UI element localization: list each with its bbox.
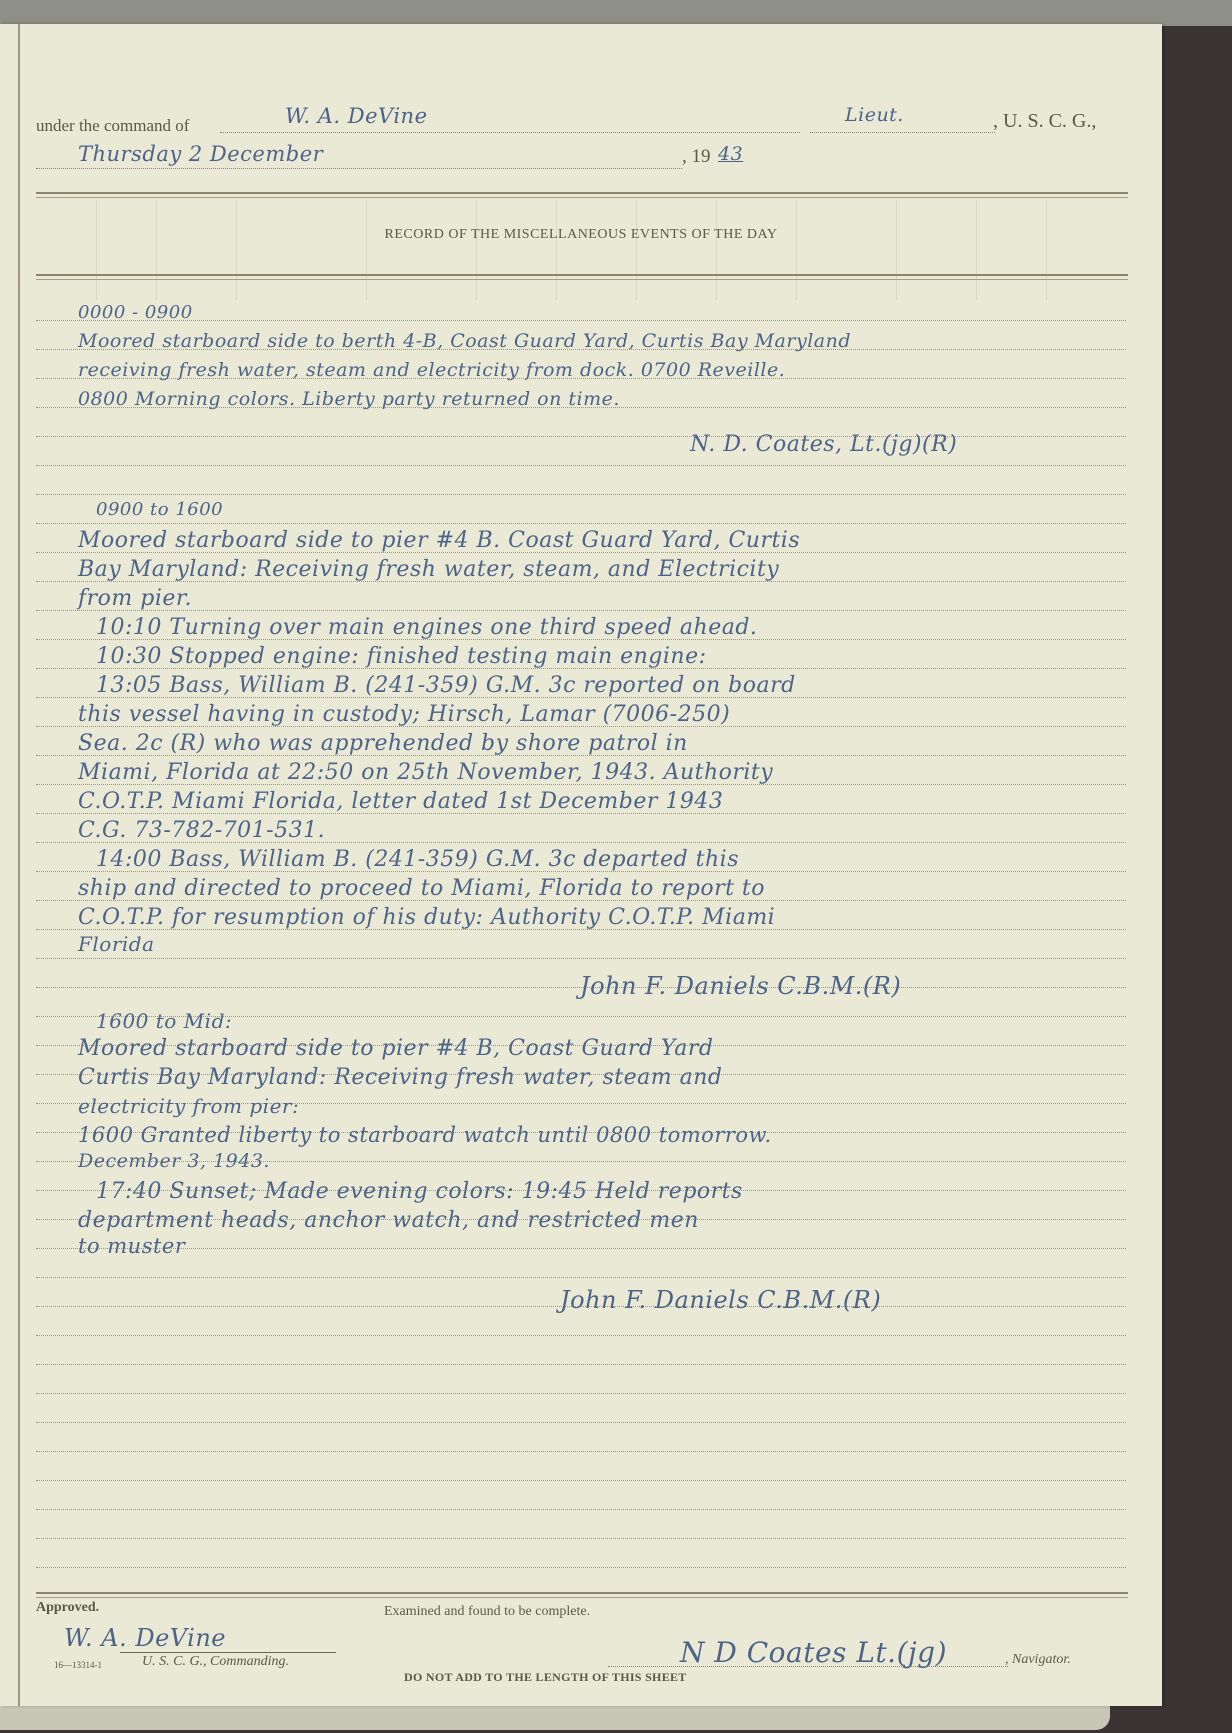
year-prefix: , 19	[682, 146, 711, 168]
log-line: this vessel having in custody; Hirsch, L…	[78, 702, 730, 727]
log-line: Miami, Florida at 22:50 on 25th November…	[78, 760, 773, 785]
log-line: Florida	[78, 932, 155, 956]
log-line: 0800 Morning colors. Liberty party retur…	[78, 388, 620, 410]
approved-signature: W. A. DeVine	[64, 1624, 226, 1652]
log-line: December 3, 1943.	[78, 1150, 270, 1172]
log-line: C.G. 73-782-701-531.	[78, 818, 325, 843]
watch-heading: 0900 to 1600	[96, 499, 223, 520]
log-line: 14:00 Bass, William B. (241-359) G.M. 3c…	[96, 847, 739, 872]
commander-rank-rule	[810, 132, 995, 133]
log-line: C.O.T.P. Miami Florida, letter dated 1st…	[78, 789, 723, 814]
officer-signature: N. D. Coates, Lt.(jg)(R)	[690, 432, 957, 457]
header-rule-bottom	[36, 274, 1128, 280]
log-line: from pier.	[78, 586, 192, 611]
log-line: receiving fresh water, steam and electri…	[78, 359, 785, 381]
log-line: Sea. 2c (R) who was apprehended by shore…	[78, 731, 688, 756]
log-line: 17:40 Sunset; Made evening colors: 19:45…	[96, 1179, 743, 1204]
form-number: 16—13314-1	[54, 1660, 102, 1670]
header-rule-top	[36, 192, 1128, 198]
commander-name-rule	[220, 132, 800, 133]
log-line: ship and directed to proceed to Miami, F…	[78, 876, 765, 901]
service-label: , U. S. C. G.,	[993, 110, 1096, 133]
log-line: Moored starboard side to pier #4 B. Coas…	[78, 528, 800, 553]
approved-label: Approved.	[36, 1600, 99, 1616]
officer-signature: John F. Daniels C.B.M.(R)	[560, 1286, 881, 1314]
log-line: Bay Maryland: Receiving fresh water, ste…	[78, 557, 779, 582]
navigator-signature: N D Coates Lt.(jg)	[680, 1636, 947, 1669]
bleed-through-grid	[36, 200, 1128, 300]
watch-heading: 0000 - 0900	[78, 302, 193, 323]
scanner-top-edge	[0, 0, 1232, 26]
commander-name: W. A. DeVine	[285, 104, 428, 128]
log-line: Moored starboard side to berth 4-B, Coas…	[78, 330, 851, 352]
examined-label: Examined and found to be complete.	[384, 1604, 590, 1620]
log-sheet: under the command of W. A. DeVine Lieut.…	[0, 24, 1162, 1706]
year-suffix: 43	[718, 143, 743, 165]
binding-margin-line	[18, 24, 20, 1706]
date-text: Thursday 2 December	[78, 142, 323, 166]
log-line: 10:10 Turning over main engines one thir…	[96, 615, 757, 640]
commander-rank: Lieut.	[845, 104, 904, 126]
length-warning: DO NOT ADD TO THE LENGTH OF THIS SHEET	[404, 1670, 687, 1685]
log-line: C.O.T.P. for resumption of his duty: Aut…	[78, 905, 775, 930]
log-line: electricity from pier:	[78, 1094, 299, 1118]
officer-signature: John F. Daniels C.B.M.(R)	[580, 972, 901, 1000]
date-rule	[36, 168, 682, 169]
log-line: 13:05 Bass, William B. (241-359) G.M. 3c…	[96, 673, 796, 698]
log-line: 10:30 Stopped engine: finished testing m…	[96, 644, 707, 669]
watch-heading: 1600 to Mid:	[96, 1009, 232, 1033]
section-title: RECORD OF THE MISCELLANEOUS EVENTS OF TH…	[0, 227, 1162, 243]
command-label: under the command of	[36, 116, 189, 136]
body-rule-bottom	[36, 1592, 1128, 1598]
log-line: 1600 Granted liberty to starboard watch …	[78, 1123, 772, 1147]
log-line: Moored starboard side to pier #4 B, Coas…	[78, 1036, 713, 1061]
log-line: to muster	[78, 1234, 185, 1258]
log-line: Curtis Bay Maryland: Receiving fresh wat…	[78, 1065, 722, 1090]
commanding-label: U. S. C. G., Commanding.	[142, 1654, 289, 1670]
approved-signature-line	[120, 1652, 336, 1653]
log-line: department heads, anchor watch, and rest…	[78, 1208, 699, 1233]
navigator-label: , Navigator.	[1005, 1652, 1071, 1668]
